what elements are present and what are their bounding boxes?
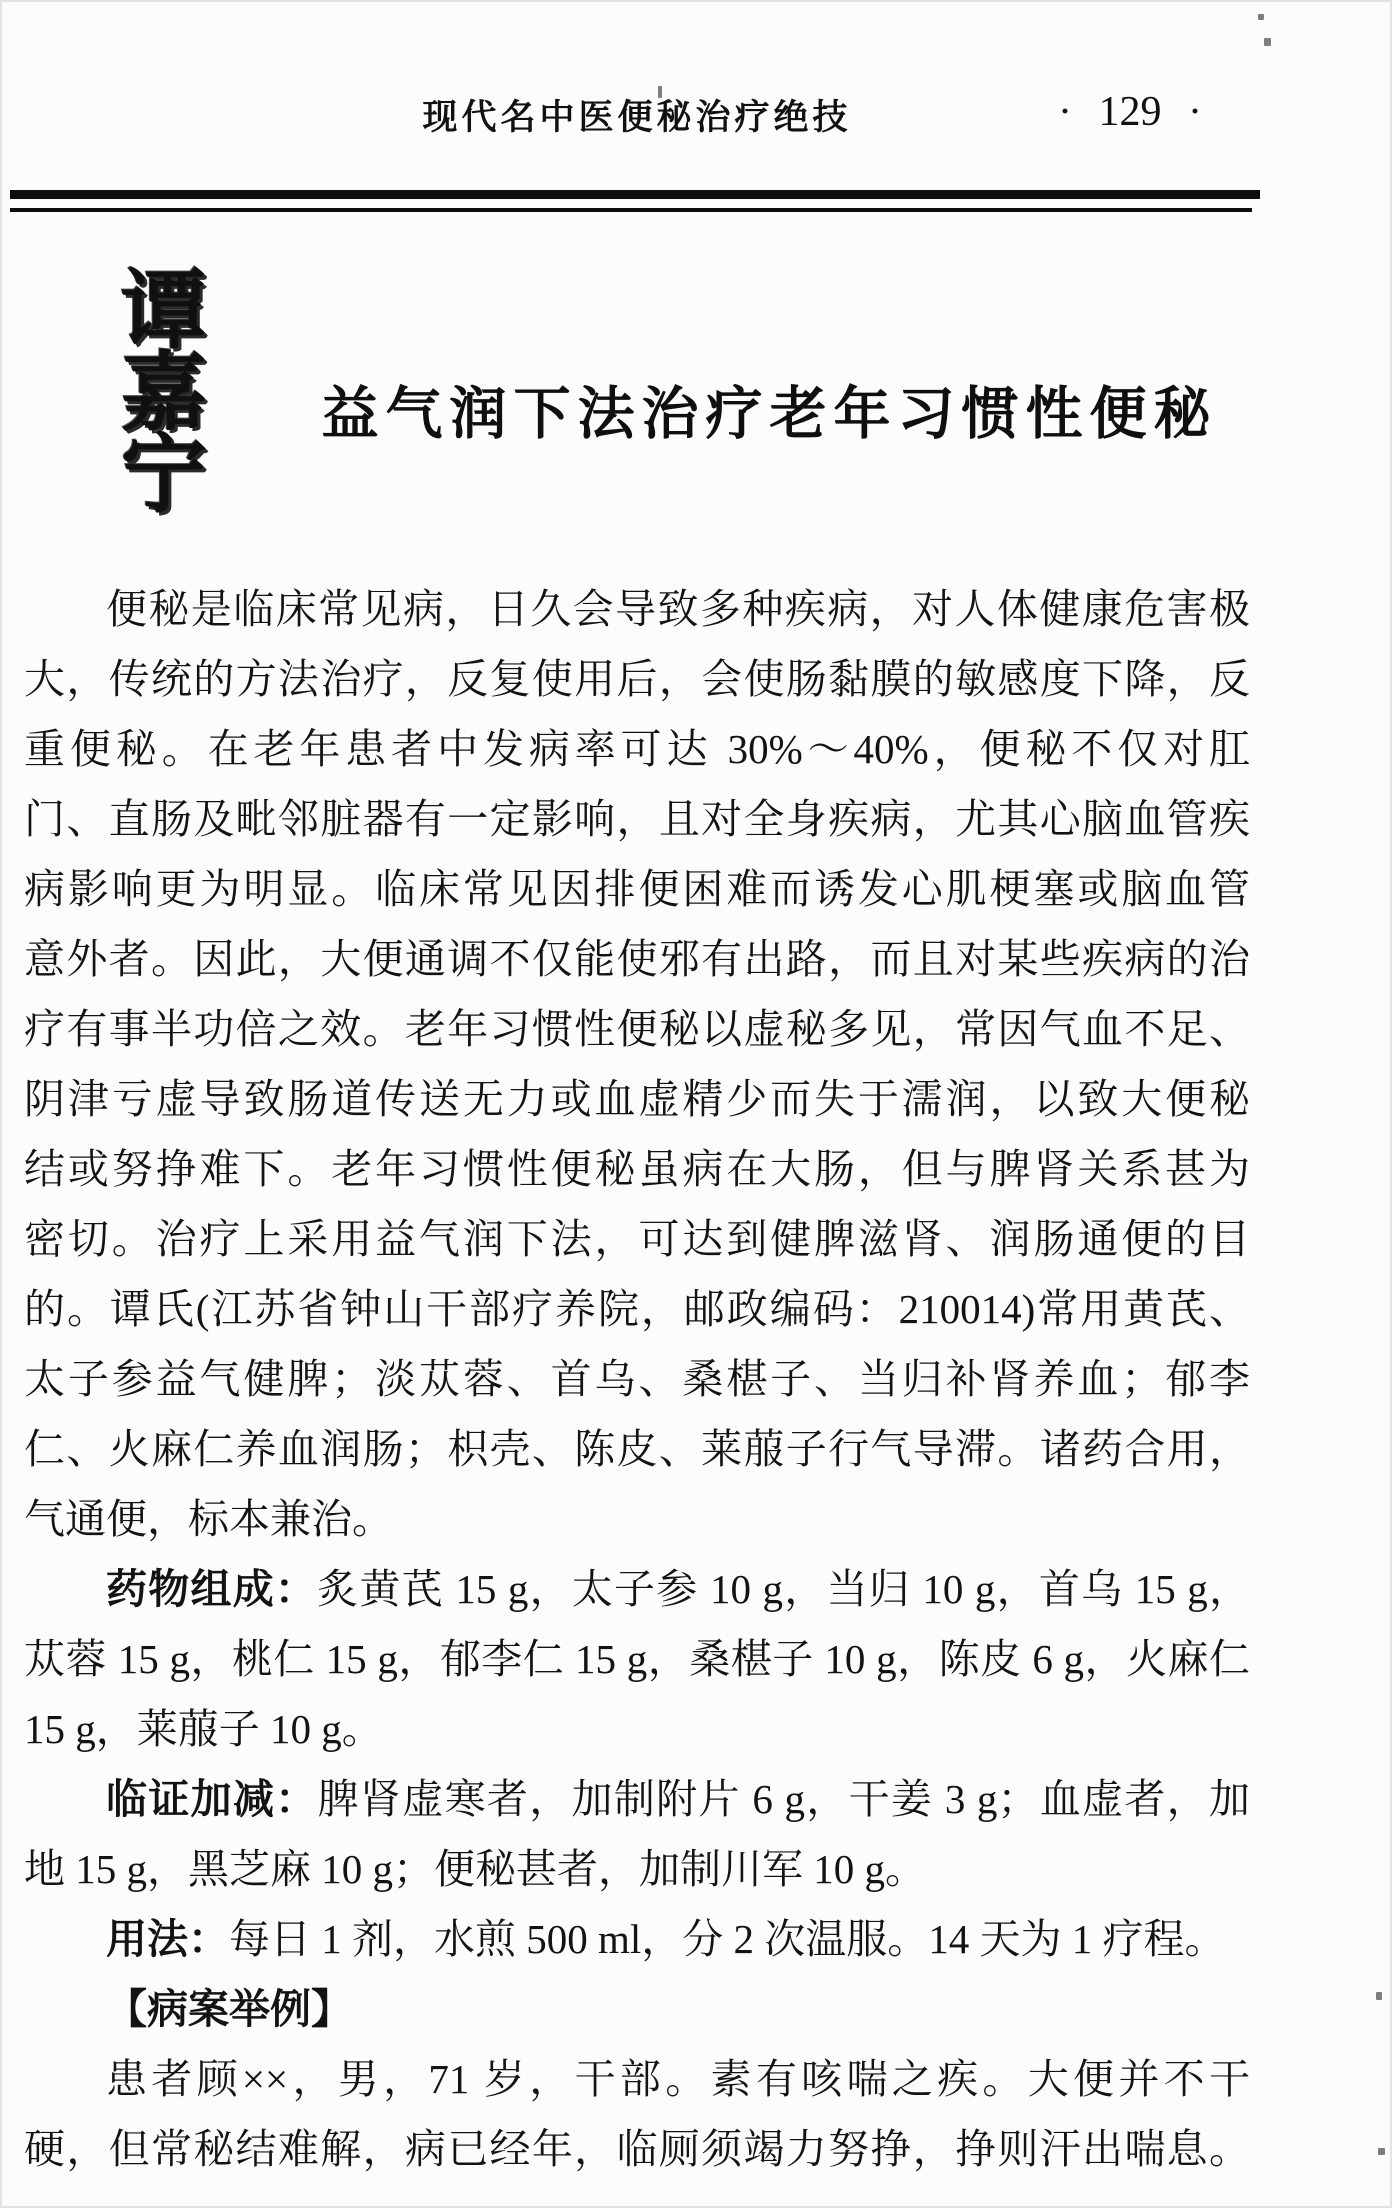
- text-line: 苁蓉 15 g，桃仁 15 g，郁李仁 15 g，桑椹子 10 g，陈皮 6 g…: [24, 1624, 1250, 1694]
- text-line: 疗有事半功倍之效。老年习惯性便秘以虚秘多见，常因气血不足、: [24, 994, 1250, 1064]
- text-line: 15 g，莱菔子 10 g。: [24, 1694, 1250, 1764]
- author-char: 宁: [96, 434, 232, 516]
- text-line: 太子参益气健脾；淡苁蓉、首乌、桑椹子、当归补肾养血；郁李仁、桃: [24, 1344, 1250, 1414]
- scanned-book-page: 现代名中医便秘治疗绝技 · 129 · 谭嘉宁 益气润下法治疗老年习惯性便秘 便…: [0, 0, 1392, 2208]
- scan-speck: [1376, 1992, 1382, 2000]
- section-label: 药物组成：: [106, 1566, 317, 1612]
- text-line: 【病案举例】: [24, 1974, 1250, 2044]
- text-line: 大，传统的方法治疗，反复使用后，会使肠黏膜的敏感度下降，反加: [24, 644, 1250, 714]
- scan-speck: [1264, 38, 1271, 46]
- text-line: 重便秘。在老年患者中发病率可达 30%～40%，便秘不仅对肛: [24, 714, 1250, 784]
- text-line: 临证加减：脾肾虚寒者，加制附片 6 g，干姜 3 g；血虚者，加生: [24, 1764, 1250, 1834]
- scan-speck: [1378, 2148, 1385, 2155]
- double-rule-thick: [10, 190, 1260, 199]
- author-char: 谭: [96, 270, 232, 352]
- text-line: 便秘是临床常见病，日久会导致多种疾病，对人体健康危害极: [24, 574, 1250, 644]
- text-line: 用法：每日 1 剂，水煎 500 ml，分 2 次温服。14 天为 1 疗程。: [24, 1904, 1250, 1974]
- text-line: 仁、火麻仁养血润肠；枳壳、陈皮、莱菔子行气导滞。诸药合用，益: [24, 1414, 1250, 1484]
- scan-speck: [1258, 14, 1264, 20]
- section-label: 用法：: [106, 1916, 229, 1962]
- page-header: 现代名中医便秘治疗绝技 · 129 ·: [24, 90, 1250, 136]
- text-line: 气通便，标本兼治。: [24, 1484, 1250, 1554]
- section-label: 临证加减：: [106, 1776, 318, 1822]
- book-title: 现代名中医便秘治疗绝技: [422, 90, 851, 140]
- page-number: · 129 ·: [1058, 88, 1202, 136]
- author-name: 谭嘉宁: [96, 270, 232, 516]
- section-label: 【病案举例】: [106, 1986, 352, 2032]
- article-title: 益气润下法治疗老年习惯性便秘: [287, 378, 1252, 452]
- body-text: 便秘是临床常见病，日久会导致多种疾病，对人体健康危害极大，传统的方法治疗，反复使…: [24, 574, 1250, 2184]
- text-line: 门、直肠及毗邻脏器有一定影响，且对全身疾病，尤其心脑血管疾: [24, 784, 1250, 854]
- text-line: 的。谭氏(江苏省钟山干部疗养院，邮政编码：210014)常用黄芪、: [24, 1274, 1250, 1344]
- author-char: 嘉: [96, 352, 232, 434]
- text-line: 结或努挣难下。老年习惯性便秘虽病在大肠，但与脾肾关系甚为: [24, 1134, 1250, 1204]
- text-line: 病影响更为明显。临床常见因排便困难而诱发心肌梗塞或脑血管: [24, 854, 1250, 924]
- text-line: 药物组成：炙黄芪 15 g，太子参 10 g，当归 10 g，首乌 15 g，肉: [24, 1554, 1250, 1624]
- text-line: 患者顾××，男，71 岁，干部。素有咳喘之疾。大便并不干: [24, 2044, 1250, 2114]
- scan-speck: [658, 86, 662, 98]
- text-line: 阴津亏虚导致肠道传送无力或血虚精少而失于濡润，以致大便秘: [24, 1064, 1250, 1134]
- text-line: 密切。治疗上采用益气润下法，可达到健脾滋肾、润肠通便的目: [24, 1204, 1250, 1274]
- double-rule-thin: [10, 208, 1252, 212]
- text-line: 硬，但常秘结难解，病已经年，临厕须竭力努挣，挣则汗出喘息。便: [24, 2114, 1250, 2184]
- text-line: 意外者。因此，大便通调不仅能使邪有出路，而且对某些疾病的治: [24, 924, 1250, 994]
- text-line: 地 15 g，黑芝麻 10 g；便秘甚者，加制川军 10 g。: [24, 1834, 1250, 1904]
